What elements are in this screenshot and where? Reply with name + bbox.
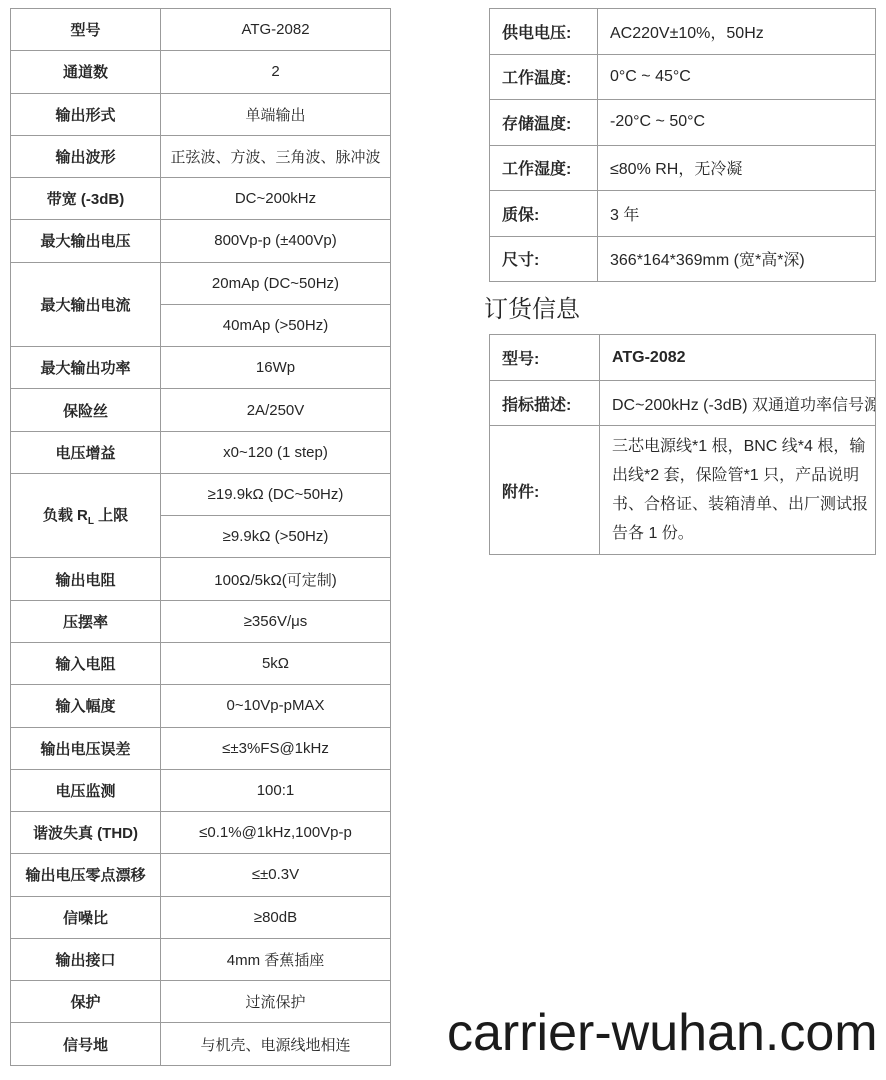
spec-label: 输入电阻 xyxy=(11,642,161,684)
spec-label: 输出电压零点漂移 xyxy=(11,854,161,896)
spec-row: 电压监测 100:1 xyxy=(11,769,391,811)
env-row: 供电电压: AC220V±10%，50Hz xyxy=(490,9,876,55)
spec-label: 电压监测 xyxy=(11,769,161,811)
watermark-text: carrier-wuhan.com xyxy=(447,1004,878,1064)
spec-label: 输出电阻 xyxy=(11,558,161,600)
order-label: 型号: xyxy=(490,335,600,381)
spec-value: ≤±3%FS@1kHz xyxy=(161,727,391,769)
env-value: AC220V±10%，50Hz xyxy=(598,9,876,55)
spec-value: 正弦波、方波、三角波、脉冲波 xyxy=(161,135,391,177)
spec-value: 2A/250V xyxy=(161,389,391,431)
spec-value: 100:1 xyxy=(161,769,391,811)
spec-value: 0~10Vp-pMAX xyxy=(161,685,391,727)
env-value: 0°C ~ 45°C xyxy=(598,54,876,100)
spec-row: 输入电阻 5kΩ xyxy=(11,642,391,684)
spec-value: 800Vp-p (±400Vp) xyxy=(161,220,391,262)
spec-label: 电压增益 xyxy=(11,431,161,473)
env-row: 尺寸: 366*164*369mm (宽*高*深) xyxy=(490,236,876,282)
spec-row: 通道数 2 xyxy=(11,51,391,93)
spec-row: 输入幅度 0~10Vp-pMAX xyxy=(11,685,391,727)
env-label: 尺寸: xyxy=(490,236,598,282)
spec-value: ≤0.1%@1kHz,100Vp-p xyxy=(161,812,391,854)
spec-row: 最大输出功率 16Wp xyxy=(11,347,391,389)
spec-label: 保护 xyxy=(11,981,161,1023)
env-row: 存储温度: -20°C ~ 50°C xyxy=(490,100,876,146)
env-label: 存储温度: xyxy=(490,100,598,146)
spec-value: 过流保护 xyxy=(161,981,391,1023)
spec-value: 20mAp (DC~50Hz) xyxy=(161,262,391,304)
order-info-heading: 订货信息 xyxy=(484,295,875,325)
spec-label: 输入幅度 xyxy=(11,685,161,727)
spec-label: 最大输出电流 xyxy=(11,262,161,347)
spec-row: 电压增益 x0~120 (1 step) xyxy=(11,431,391,473)
spec-row: 最大输出电压 800Vp-p (±400Vp) xyxy=(11,220,391,262)
order-description-value: DC~200kHz (-3dB) 双通道功率信号源 xyxy=(600,381,876,426)
spec-value: ≥356V/μs xyxy=(161,600,391,642)
spec-value: 100Ω/5kΩ(可定制) xyxy=(161,558,391,600)
spec-table: 型号 ATG-2082 通道数 2 输出形式 单端输出 输出波形 正弦波、方波、… xyxy=(10,8,391,1066)
env-label: 供电电压: xyxy=(490,9,598,55)
spec-label: 负载 RL 上限 xyxy=(11,473,161,558)
env-label: 质保: xyxy=(490,191,598,237)
spec-label: 压摆率 xyxy=(11,600,161,642)
right-column: 供电电压: AC220V±10%，50Hz 工作温度: 0°C ~ 45°C 存… xyxy=(489,8,875,555)
spec-row: 信噪比 ≥80dB xyxy=(11,896,391,938)
spec-label: 通道数 xyxy=(11,51,161,93)
spec-row: 输出电压误差 ≤±3%FS@1kHz xyxy=(11,727,391,769)
spec-label: 输出形式 xyxy=(11,93,161,135)
order-row-description: 指标描述: DC~200kHz (-3dB) 双通道功率信号源 xyxy=(490,381,876,426)
spec-value: ≥9.9kΩ (>50Hz) xyxy=(161,516,391,558)
spec-value: 5kΩ xyxy=(161,642,391,684)
env-value: 3 年 xyxy=(598,191,876,237)
spec-row: 输出形式 单端输出 xyxy=(11,93,391,135)
spec-label: 输出接口 xyxy=(11,938,161,980)
order-model-value: ATG-2082 xyxy=(600,335,876,381)
order-label: 附件: xyxy=(490,426,600,555)
spec-row: 输出电压零点漂移 ≤±0.3V xyxy=(11,854,391,896)
order-label: 指标描述: xyxy=(490,381,600,426)
spec-row: 信号地 与机壳、电源线地相连 xyxy=(11,1023,391,1066)
spec-value: ATG-2082 xyxy=(161,9,391,51)
env-value: ≤80% RH，无冷凝 xyxy=(598,145,876,191)
spec-row: 输出接口 4mm 香蕉插座 xyxy=(11,938,391,980)
spec-row: 型号 ATG-2082 xyxy=(11,9,391,51)
order-info-table: 型号: ATG-2082 指标描述: DC~200kHz (-3dB) 双通道功… xyxy=(489,334,876,555)
spec-value: ≥80dB xyxy=(161,896,391,938)
spec-row: 带宽 (-3dB) DC~200kHz xyxy=(11,178,391,220)
order-row-model: 型号: ATG-2082 xyxy=(490,335,876,381)
order-row-accessories: 附件: 三芯电源线*1 根，BNC 线*4 根，输出线*2 套，保险管*1 只，… xyxy=(490,426,876,555)
spec-label: 最大输出电压 xyxy=(11,220,161,262)
spec-value: ≤±0.3V xyxy=(161,854,391,896)
spec-label: 输出电压误差 xyxy=(11,727,161,769)
spec-value: x0~120 (1 step) xyxy=(161,431,391,473)
spec-value: 2 xyxy=(161,51,391,93)
spec-value: 16Wp xyxy=(161,347,391,389)
env-label: 工作温度: xyxy=(490,54,598,100)
spec-table-container: 型号 ATG-2082 通道数 2 输出形式 单端输出 输出波形 正弦波、方波、… xyxy=(10,8,391,1066)
spec-value: 单端输出 xyxy=(161,93,391,135)
environment-table: 供电电压: AC220V±10%，50Hz 工作温度: 0°C ~ 45°C 存… xyxy=(489,8,876,282)
spec-value: 与机壳、电源线地相连 xyxy=(161,1023,391,1066)
spec-label: 带宽 (-3dB) xyxy=(11,178,161,220)
spec-value: 40mAp (>50Hz) xyxy=(161,304,391,346)
env-label: 工作湿度: xyxy=(490,145,598,191)
spec-label: 输出波形 xyxy=(11,135,161,177)
spec-row: 输出波形 正弦波、方波、三角波、脉冲波 xyxy=(11,135,391,177)
spec-row: 压摆率 ≥356V/μs xyxy=(11,600,391,642)
spec-row: 保护 过流保护 xyxy=(11,981,391,1023)
spec-row: 保险丝 2A/250V xyxy=(11,389,391,431)
spec-row: 负载 RL 上限 ≥19.9kΩ (DC~50Hz) xyxy=(11,473,391,515)
spec-row: 输出电阻 100Ω/5kΩ(可定制) xyxy=(11,558,391,600)
spec-value: DC~200kHz xyxy=(161,178,391,220)
spec-row: 最大输出电流 20mAp (DC~50Hz) xyxy=(11,262,391,304)
spec-value: 4mm 香蕉插座 xyxy=(161,938,391,980)
spec-value: ≥19.9kΩ (DC~50Hz) xyxy=(161,473,391,515)
spec-label: 信噪比 xyxy=(11,896,161,938)
order-accessories-value: 三芯电源线*1 根，BNC 线*4 根，输出线*2 套，保险管*1 只，产品说明… xyxy=(600,426,876,555)
spec-label: 最大输出功率 xyxy=(11,347,161,389)
env-row: 工作湿度: ≤80% RH，无冷凝 xyxy=(490,145,876,191)
spec-row: 谐波失真 (THD) ≤0.1%@1kHz,100Vp-p xyxy=(11,812,391,854)
spec-label: 谐波失真 (THD) xyxy=(11,812,161,854)
spec-label: 信号地 xyxy=(11,1023,161,1066)
env-value: 366*164*369mm (宽*高*深) xyxy=(598,236,876,282)
spec-label: 保险丝 xyxy=(11,389,161,431)
env-row: 质保: 3 年 xyxy=(490,191,876,237)
env-value: -20°C ~ 50°C xyxy=(598,100,876,146)
env-row: 工作温度: 0°C ~ 45°C xyxy=(490,54,876,100)
spec-label: 型号 xyxy=(11,9,161,51)
